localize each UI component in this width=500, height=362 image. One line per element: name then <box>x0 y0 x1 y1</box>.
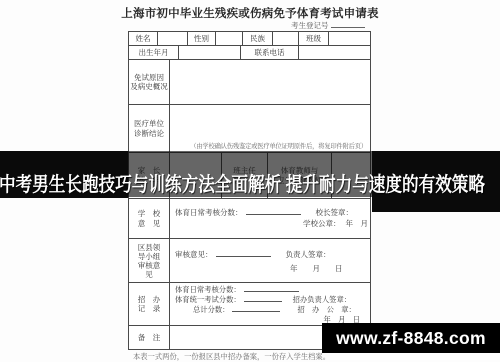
gender-value-cell <box>216 32 243 45</box>
registration-number-field: 考生登记号 <box>291 20 365 31</box>
admissions-unified-score-blank <box>244 295 282 302</box>
admissions-seal-label: 招 办 公 章： <box>297 305 355 314</box>
table-row-district-review: 区县领 导小组 审核意 见 审核意见：负责人签章： 年 月 日 <box>129 239 370 283</box>
table-row-basic1: 姓名 性别 民族 班级 <box>129 32 370 46</box>
registration-label: 考生登记号 <box>291 21 329 30</box>
registration-blank-line <box>331 21 365 28</box>
school-daily-score-blank <box>246 208 301 215</box>
exemption-label: 免试原因 及病史概况 <box>129 60 170 104</box>
diagnosis-label: 医疗单位 诊断结论 <box>129 105 170 152</box>
table-row-admissions: 招 办 记 录 体育日常考核分数： 体育统一考试分数：招办负责人签章： 总计分数… <box>129 283 370 326</box>
admissions-label: 招 办 记 录 <box>129 283 170 325</box>
promo-banner-text: 中考男生长跑技巧与训练方法全面解析 提升耐力与速度的有效策略 <box>0 168 485 197</box>
school-daily-score-label: 体育日常考核分数： <box>175 208 243 217</box>
name-value-cell <box>158 32 188 45</box>
table-row-diagnosis: 医疗单位 诊断结论 （由学校确认伤残鉴定或医疗单位证明原件后，将复印件附后页） <box>129 105 370 153</box>
exemption-value-cell <box>170 60 370 104</box>
total-score-label: 总计分数： <box>193 305 229 314</box>
ethnicity-value-cell <box>273 32 299 45</box>
district-review-label: 区县领 导小组 审核意 见 <box>129 239 170 282</box>
district-date: 年 月 日 <box>290 264 343 273</box>
diagnosis-note: （由学校确认伤残鉴定或医疗单位证明原件后，将复印件附后页） <box>190 141 367 150</box>
school-opinion-cell: 体育日常考核分数：校长签章： 学校公章：年 月 日 <box>170 199 370 238</box>
class-label: 班级 <box>299 32 329 45</box>
admissions-daily-score-label: 体育日常考核分数： <box>175 285 241 294</box>
name-label: 姓名 <box>129 32 158 45</box>
gender-label: 性别 <box>188 32 216 45</box>
admissions-unified-score-label: 体育统一考试分数： <box>175 295 241 304</box>
phone-label: 联系电话 <box>241 46 299 59</box>
form-title: 上海市初中毕业生残疾或伤病免予体育考试申请表 <box>0 5 500 21</box>
district-review-cell: 审核意见：负责人签章： 年 月 日 <box>170 239 370 282</box>
table-row-exemption: 免试原因 及病史概况 <box>129 60 370 105</box>
remarks-label: 备 注 <box>129 326 170 349</box>
school-date: 年 月 日 <box>346 219 371 228</box>
form-footnote: 本表一式两份，一份报区县中招办备案，一份存入学生档案。 <box>133 352 330 362</box>
table-row-school-opinion: 学 校 意 见 体育日常考核分数：校长签章： 学校公章：年 月 日 <box>129 199 370 239</box>
principal-seal-label: 校长签章： <box>316 208 354 217</box>
table-row-basic2: 出生年月 联系电话 <box>129 46 370 60</box>
admissions-cell: 体育日常考核分数： 体育统一考试分数：招办负责人签章： 总计分数：招 办 公 章… <box>170 283 370 325</box>
birth-value-cell <box>179 46 241 59</box>
birth-label: 出生年月 <box>129 46 179 59</box>
diagnosis-value-cell: （由学校确认伤残鉴定或医疗单位证明原件后，将复印件附后页） <box>170 105 370 152</box>
school-seal-label: 学校公章： <box>303 219 341 228</box>
review-opinion-blank <box>216 250 271 257</box>
school-opinion-label: 学 校 意 见 <box>129 199 170 238</box>
total-score-blank <box>232 305 280 312</box>
ethnicity-label: 民族 <box>243 32 273 45</box>
class-value-cell <box>329 32 370 45</box>
review-opinion-label: 审核意见： <box>175 250 213 259</box>
phone-value-cell <box>299 46 370 59</box>
admissions-daily-score-blank <box>244 285 299 292</box>
district-head-seal-label: 负责人签章： <box>286 250 331 259</box>
admissions-head-seal-label: 招办负责人签章： <box>293 295 351 304</box>
site-watermark: www.zf-8848.com <box>322 323 500 353</box>
scanned-application-form: 上海市初中毕业生残疾或伤病免予体育考试申请表 考生登记号 姓名 性别 民族 班级… <box>0 0 500 362</box>
